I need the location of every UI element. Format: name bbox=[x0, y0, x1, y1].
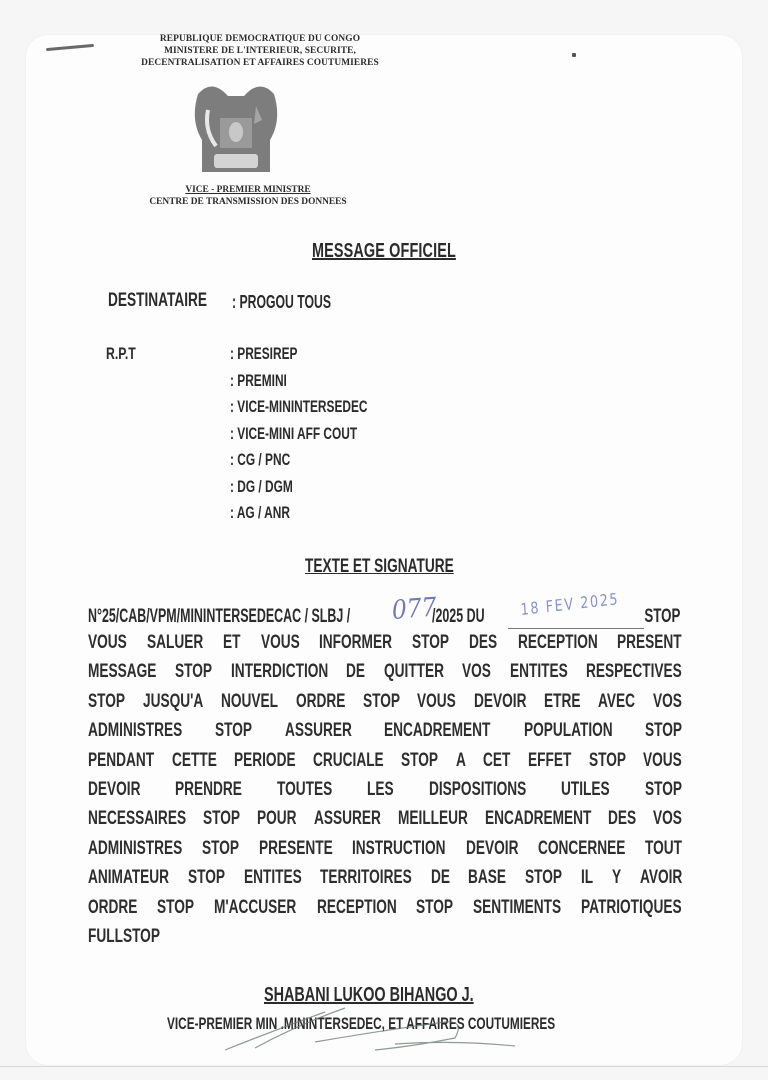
body-word: STOP bbox=[589, 750, 616, 779]
body-word: VOS bbox=[462, 661, 483, 690]
body-word: STOP bbox=[416, 897, 443, 926]
body-word: VOS bbox=[653, 808, 674, 837]
body-word: DISPOSITIONS bbox=[429, 779, 499, 808]
body-word: QUITTER bbox=[384, 661, 427, 690]
body-word: MEILLEUR bbox=[398, 808, 448, 837]
body-word: EFFET bbox=[528, 750, 559, 779]
rpt-item: : AG / ANR bbox=[230, 503, 368, 530]
body-word: ENTITES bbox=[244, 867, 286, 896]
body-word: BASE bbox=[468, 867, 495, 896]
body-line: MESSAGESTOPINTERDICTIONDEQUITTERVOSENTIT… bbox=[88, 661, 682, 690]
recipient-value: : PROGOU TOUS bbox=[232, 292, 331, 313]
sub-letterhead: VICE - PREMIER MINISTRE CENTRE DE TRANSM… bbox=[110, 184, 386, 208]
body-word: VOS bbox=[653, 691, 674, 720]
body-word: VOUS bbox=[643, 750, 671, 779]
rpt-item: : VICE-MININTERSEDEC bbox=[230, 397, 368, 424]
body-word: RESPECTIVES bbox=[586, 661, 655, 690]
body-word: ADMINISTRES bbox=[88, 720, 156, 749]
body-line: FULLSTOP bbox=[88, 926, 682, 955]
body-word: INSTRUCTION bbox=[352, 838, 419, 867]
body-word: ENCADREMENT bbox=[485, 808, 562, 837]
body-word: LES bbox=[367, 779, 386, 808]
rpt-item: : DG / DGM bbox=[230, 477, 368, 504]
body-word: RECEPTION bbox=[317, 897, 374, 926]
body-word: STOP bbox=[525, 867, 552, 896]
body-word: STOP bbox=[203, 808, 230, 837]
scan-dot bbox=[572, 53, 576, 57]
body-word: STOP bbox=[215, 720, 242, 749]
body-word: DEVOIR bbox=[466, 838, 504, 867]
body-word: AVOIR bbox=[640, 867, 670, 896]
body-line: PENDANTCETTEPERIODECRUCIALESTOPACETEFFET… bbox=[88, 750, 682, 779]
rpt-list: : PRESIREP : PREMINI : VICE-MININTERSEDE… bbox=[230, 344, 426, 530]
body-word: ORDRE bbox=[88, 897, 124, 926]
body-word: CRUCIALE bbox=[313, 750, 364, 779]
date-underline bbox=[508, 628, 644, 629]
body-word: MESSAGE bbox=[88, 661, 137, 690]
body-line: DEVOIRPRENDRETOUTESLESDISPOSITIONSUTILES… bbox=[88, 779, 682, 808]
body-word: TERRITOIRES bbox=[320, 867, 386, 896]
body-word: IL bbox=[581, 867, 590, 896]
signatory-name: SHABANI LUKOO BIHANGO J. bbox=[264, 984, 474, 1007]
body-word: DE bbox=[431, 867, 445, 896]
body-word: PATRIOTIQUES bbox=[581, 897, 653, 926]
body-word: VOUS bbox=[417, 691, 445, 720]
body-word: STOP bbox=[412, 632, 439, 661]
body-word: STOP bbox=[175, 661, 202, 690]
body-word: POUR bbox=[257, 808, 285, 837]
body-word: STOP bbox=[157, 897, 184, 926]
letterhead-ministry-cont: DECENTRALISATION ET AFFAIRES COUTUMIERES bbox=[110, 57, 410, 69]
rpt-item: : PREMINI bbox=[230, 371, 368, 398]
reference-line: N°25/CAB/VPM/MININTERSEDECAC / SLBJ / 07… bbox=[88, 604, 682, 632]
bottom-divider bbox=[0, 1066, 768, 1067]
handwritten-number: 077 bbox=[391, 593, 437, 626]
section-title: TEXTE ET SIGNATURE bbox=[305, 556, 454, 578]
body-word: STOP bbox=[645, 779, 672, 808]
recipient-label: DESTINATAIRE bbox=[108, 290, 207, 312]
body-word: UTILES bbox=[561, 779, 596, 808]
body-word: NOUVEL bbox=[221, 691, 262, 720]
body-line: ADMINISTRESSTOPASSURERENCADREMENTPOPULAT… bbox=[88, 720, 682, 749]
rpt-item: : PRESIREP bbox=[230, 344, 368, 371]
body-word: ORDRE bbox=[296, 691, 332, 720]
body-word: PRESENTE bbox=[259, 838, 312, 867]
body-word: A bbox=[456, 750, 463, 779]
signatory-title: VICE-PREMIER MIN .MININTERSEDEC, ET AFFA… bbox=[167, 1014, 555, 1034]
body-word: Y bbox=[612, 867, 619, 896]
office-department: CENTRE DE TRANSMISSION DES DONNEES bbox=[110, 196, 386, 208]
body-line: ANIMATEURSTOPENTITESTERRITOIRESDEBASESTO… bbox=[88, 867, 682, 896]
body-word: STOP bbox=[401, 750, 428, 779]
body-word: STOP bbox=[202, 838, 229, 867]
body-word: TOUTES bbox=[277, 779, 317, 808]
body-word: NECESSAIRES bbox=[88, 808, 159, 837]
body-line: ADMINISTRESSTOPPRESENTEINSTRUCTIONDEVOIR… bbox=[88, 838, 682, 867]
body-word: TOUT bbox=[645, 838, 672, 867]
body-word: PRENDRE bbox=[175, 779, 223, 808]
body-word: STOP bbox=[88, 691, 115, 720]
body-word: SENTIMENTS bbox=[473, 897, 536, 926]
body-word: ENTITES bbox=[510, 661, 552, 690]
body-word: DEVOIR bbox=[88, 779, 126, 808]
body-word: RECEPTION bbox=[518, 632, 575, 661]
page-title: MESSAGE OFFICIEL bbox=[312, 240, 456, 263]
body-word: ENCADREMENT bbox=[384, 720, 461, 749]
body-word: PRESENT bbox=[617, 632, 664, 661]
reference-stop: STOP bbox=[644, 606, 680, 628]
body-word: INTERDICTION bbox=[231, 661, 301, 690]
body-word: POPULATION bbox=[524, 720, 588, 749]
reference-year: /2025 DU bbox=[432, 606, 485, 628]
letterhead: REPUBLIQUE DEMOCRATIQUE DU CONGO MINISTE… bbox=[110, 33, 410, 69]
body-word: CETTE bbox=[172, 750, 204, 779]
body-word: CONCERNEE bbox=[538, 838, 601, 867]
office-title: VICE - PREMIER MINISTRE bbox=[110, 184, 386, 196]
coat-of-arms-icon bbox=[190, 80, 282, 180]
body-word: CET bbox=[483, 750, 503, 779]
body-word: M'ACCUSER bbox=[214, 897, 273, 926]
body-line: ORDRESTOPM'ACCUSERRECEPTIONSTOPSENTIMENT… bbox=[88, 897, 682, 926]
body-word: ASSURER bbox=[314, 808, 362, 837]
body-word: PENDANT bbox=[88, 750, 136, 779]
body-line: STOPJUSQU'ANOUVELORDRESTOPVOUSDEVOIRETRE… bbox=[88, 691, 682, 720]
body-word: ANIMATEUR bbox=[88, 867, 146, 896]
rpt-item: : CG / PNC bbox=[230, 450, 368, 477]
letterhead-ministry: MINISTERE DE L'INTERIEUR, SECURITE, bbox=[110, 45, 410, 57]
message-body: VOUSSALUERETVOUSINFORMERSTOPDESRECEPTION… bbox=[88, 632, 682, 955]
body-word: DES bbox=[469, 632, 489, 661]
body-word: ETRE bbox=[544, 691, 570, 720]
body-word: DE bbox=[346, 661, 360, 690]
rpt-item: : VICE-MINI AFF COUT bbox=[230, 424, 368, 451]
body-line: VOUSSALUERETVOUSINFORMERSTOPDESRECEPTION… bbox=[88, 632, 682, 661]
letterhead-country: REPUBLIQUE DEMOCRATIQUE DU CONGO bbox=[110, 33, 410, 45]
rpt-label: R.P.T bbox=[106, 344, 136, 364]
body-word: ASSURER bbox=[285, 720, 333, 749]
body-word: SALUER bbox=[147, 632, 188, 661]
reference-prefix: N°25/CAB/VPM/MININTERSEDECAC / SLBJ / bbox=[88, 606, 350, 628]
body-word: ADMINISTRES bbox=[88, 838, 156, 867]
body-word: ET bbox=[223, 632, 236, 661]
body-word: VOUS bbox=[261, 632, 289, 661]
body-word: JUSQU'A bbox=[143, 691, 186, 720]
body-word: VOUS bbox=[88, 632, 116, 661]
body-word: DEVOIR bbox=[474, 691, 512, 720]
body-word: INFORMER bbox=[319, 632, 372, 661]
body-word: STOP bbox=[188, 867, 215, 896]
body-word: STOP bbox=[363, 691, 390, 720]
body-word: FULLSTOP bbox=[88, 926, 140, 955]
body-word: STOP bbox=[645, 720, 672, 749]
body-word: PERIODE bbox=[234, 750, 278, 779]
body-word: DES bbox=[608, 808, 628, 837]
body-word: AVEC bbox=[598, 691, 625, 720]
body-line: NECESSAIRESSTOPPOURASSURERMEILLEURENCADR… bbox=[88, 808, 682, 837]
